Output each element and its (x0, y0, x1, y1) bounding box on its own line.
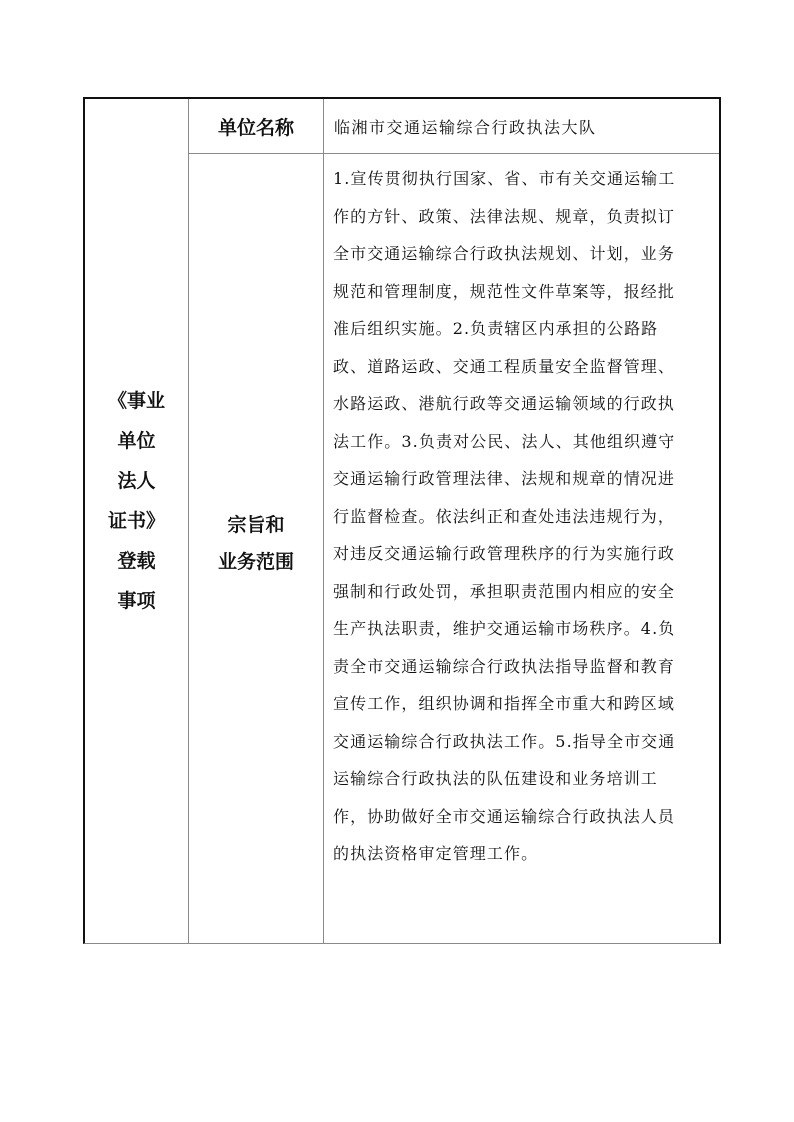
scope-text-line: 交通运输综合行政执法工作。5.指导全市交通 (333, 723, 711, 761)
scope-text-line: 生产执法职责，维护交通运输市场秩序。4.负 (333, 610, 711, 648)
scope-text-line: 行监督检查。依法纠正和查处违法违规行为， (333, 498, 711, 536)
section-label-line: 事项 (117, 581, 155, 621)
scope-text-line: 交通运输行政管理法律、法规和规章的情况进 (333, 460, 711, 498)
purpose-scope-label: 宗旨和 业务范围 (189, 154, 324, 943)
scope-text-line: 强制和行政处罚，承担职责范围内相应的安全 (333, 573, 711, 611)
scope-text-line: 责全市交通运输综合行政执法指导监督和教育 (333, 648, 711, 686)
section-label-cell: 《事业 单位 法人 证书》 登载 事项 (85, 99, 189, 943)
scope-text-line: 运输综合行政执法的队伍建设和业务培训工 (333, 760, 711, 798)
scope-text-line: 规范和管理制度，规范性文件草案等，报经批 (333, 273, 711, 311)
document-page: 《事业 单位 法人 证书》 登载 事项 单位名称 临湘市交通运输综合行政执法大队… (0, 0, 794, 1122)
unit-name-value: 临湘市交通运输综合行政执法大队 (324, 99, 719, 153)
purpose-scope-label-line: 业务范围 (218, 544, 294, 581)
scope-text-line: 对违反交通运输行政管理秩序的行为实施行政 (333, 535, 711, 573)
scope-text-line: 1.宣传贯彻执行国家、省、市有关交通运输工 (333, 160, 711, 198)
scope-text-line: 作，协助做好全市交通运输综合行政执法人员 (333, 798, 711, 836)
purpose-scope-label-line: 宗旨和 (218, 507, 294, 544)
registration-table: 《事业 单位 法人 证书》 登载 事项 单位名称 临湘市交通运输综合行政执法大队… (83, 97, 721, 944)
section-label-line: 登载 (117, 541, 155, 581)
section-label-line: 单位 (117, 421, 155, 461)
scope-text-line: 全市交通运输综合行政执法规划、计划，业务 (333, 235, 711, 273)
scope-text-line: 水路运政、港航行政等交通运输领域的行政执 (333, 385, 711, 423)
purpose-scope-value: 1.宣传贯彻执行国家、省、市有关交通运输工 作的方针、政策、法律法规、规章，负责… (324, 154, 719, 943)
section-label-line: 证书》 (108, 501, 165, 541)
section-label-line: 法人 (117, 461, 155, 501)
scope-text-line: 法工作。3.负责对公民、法人、其他组织遵守 (333, 423, 711, 461)
scope-text-line: 宣传工作，组织协调和指挥全市重大和跨区域 (333, 685, 711, 723)
scope-text-line: 准后组织实施。2.负责辖区内承担的公路路 (333, 310, 711, 348)
table-row-purpose-scope: 宗旨和 业务范围 1.宣传贯彻执行国家、省、市有关交通运输工 作的方针、政策、法… (189, 154, 719, 943)
section-label: 《事业 单位 法人 证书》 登载 事项 (108, 381, 165, 621)
scope-text-line: 政、道路运政、交通工程质量安全监督管理、 (333, 348, 711, 386)
unit-name-label: 单位名称 (189, 99, 324, 153)
scope-text-line: 作的方针、政策、法律法规、规章，负责拟订 (333, 198, 711, 236)
scope-text-line: 的执法资格审定管理工作。 (333, 835, 711, 873)
section-label-line: 《事业 (108, 381, 165, 421)
table-row-unit-name: 单位名称 临湘市交通运输综合行政执法大队 (189, 99, 719, 154)
